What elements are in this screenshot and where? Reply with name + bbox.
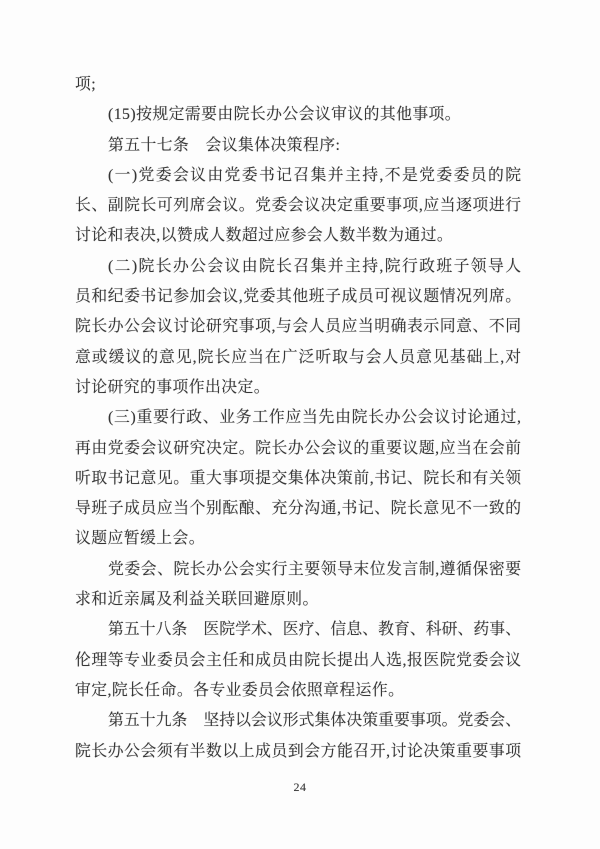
text-line: 听取书记意见。重大事项提交集体决策前,书记、院长和有关领 [75, 464, 521, 494]
text-line: 伦理等专业委员会主任和成员由院长提出人选,报医院党委会议 [75, 646, 521, 676]
text-line: 求和近亲属及利益关联回避原则。 [75, 585, 521, 615]
text-line: 项; [75, 70, 521, 100]
text-line: 再由党委会议研究决定。院长办公会议的重要议题,应当在会前 [75, 434, 521, 464]
text-line: (二)院长办公会议由院长召集并主持,院行政班子领导人 [75, 252, 521, 282]
text-line: 意或缓议的意见,院长应当在广泛听取与会人员意见基础上,对 [75, 343, 521, 373]
document-page: 项;(15)按规定需要由院长办公会议审议的其他事项。第五十七条 会议集体决策程序… [0, 0, 600, 849]
text-line: 员和纪委书记参加会议,党委其他班子成员可视议题情况列席。 [75, 282, 521, 312]
text-line: (15)按规定需要由院长办公会议审议的其他事项。 [75, 100, 521, 130]
text-line: 第五十八条 医院学术、医疗、信息、教育、科研、药事、 [75, 615, 521, 645]
text-line: (一)党委会议由党委书记召集并主持,不是党委委员的院 [75, 161, 521, 191]
text-line: 讨论研究的事项作出决定。 [75, 373, 521, 403]
text-line: 审定,院长任命。各专业委员会依照章程运作。 [75, 676, 521, 706]
text-line: 院长办公会须有半数以上成员到会方能召开,讨论决策重要事项 [75, 737, 521, 767]
text-line: (三)重要行政、业务工作应当先由院长办公会议讨论通过, [75, 403, 521, 433]
text-line: 院长办公会议讨论研究事项,与会人员应当明确表示同意、不同 [75, 312, 521, 342]
text-line: 第五十九条 坚持以会议形式集体决策重要事项。党委会、 [75, 706, 521, 736]
text-line: 党委会、院长办公会实行主要领导末位发言制,遵循保密要 [75, 555, 521, 585]
page-number: 24 [0, 780, 600, 795]
text-line: 第五十七条 会议集体决策程序: [75, 131, 521, 161]
text-body: 项;(15)按规定需要由院长办公会议审议的其他事项。第五十七条 会议集体决策程序… [75, 70, 521, 767]
text-line: 长、副院长可列席会议。党委会议决定重要事项,应当逐项进行 [75, 191, 521, 221]
text-line: 讨论和表决,以赞成人数超过应参会人数半数为通过。 [75, 221, 521, 251]
text-line: 议题应暂缓上会。 [75, 524, 521, 554]
text-line: 导班子成员应当个别酝酿、充分沟通,书记、院长意见不一致的 [75, 494, 521, 524]
